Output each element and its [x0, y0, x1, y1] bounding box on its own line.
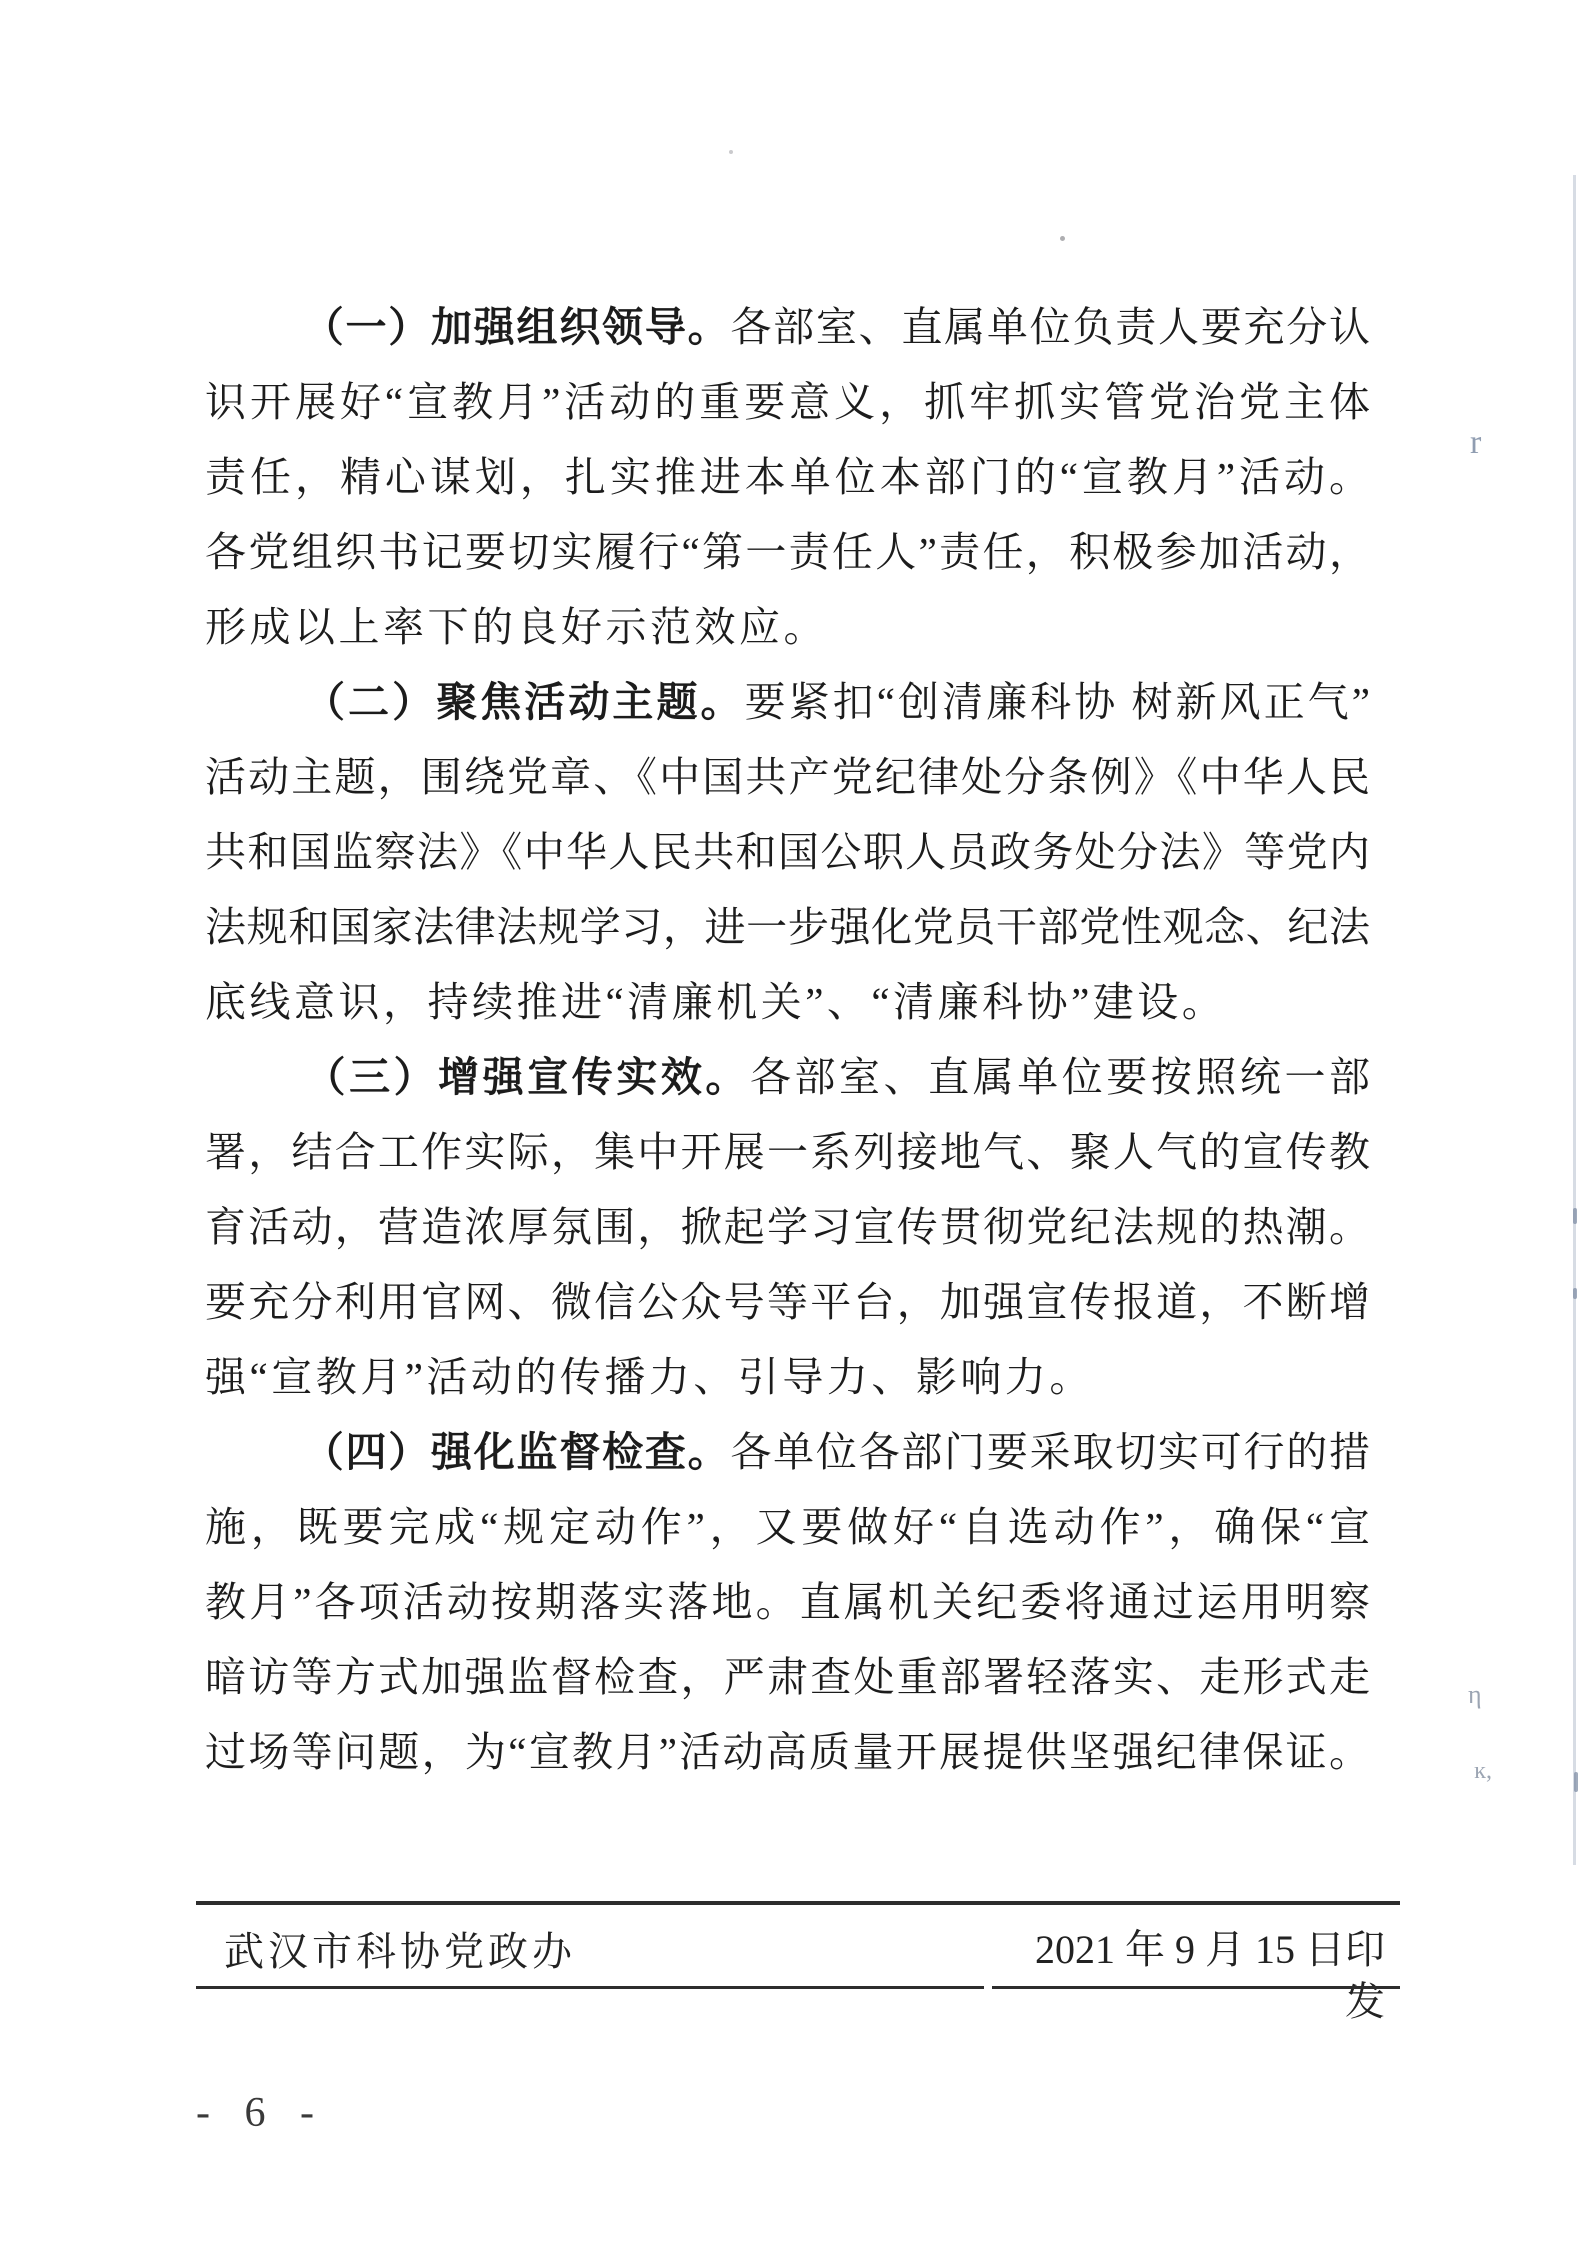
- paragraph-1-line-3-text: 责任，精心谋划，扎实推进本单位本部门的“宣教月”活动。: [205, 454, 1370, 500]
- paragraph-2-line-5-text: 底线意识，持续推进“清廉机关”、“清廉科协”建设。: [205, 979, 1226, 1025]
- paragraph-2-line-3-text: 共和国监察法》《中华人民共和国公职人员政务处分法》等党内: [205, 829, 1370, 875]
- paragraph-1-line-2: 识开展好“宣教月”活动的重要意义，抓牢抓实管党治党主体: [205, 365, 1370, 440]
- paragraph-4-line-5: 过场等问题，为“宣教月”活动高质量开展提供坚强纪律保证。: [205, 1715, 1370, 1790]
- paragraph-1-line-4-text: 各党组织书记要切实履行“第一责任人”责任，积极参加活动，: [205, 529, 1370, 575]
- paragraph-2-line-2-text: 活动主题，围绕党章、《中国共产党纪律处分条例》《中华人民: [205, 754, 1370, 800]
- paragraph-2-line-1: （二）聚焦活动主题。要紧扣“创清廉科协 树新风正气”: [205, 665, 1370, 740]
- scan-mark-k: ĸ,: [1474, 1758, 1492, 1785]
- paragraph-3-line-3: 育活动，营造浓厚氛围，掀起学习宣传贯彻党纪法规的热潮。: [205, 1190, 1370, 1265]
- paragraph-1-line-5-text: 形成以上率下的良好示范效应。: [205, 604, 828, 650]
- paragraph-3-line-1: （三）增强宣传实效。各部室、直属单位要按照统一部: [205, 1040, 1370, 1115]
- paragraph-3-line-3-text: 育活动，营造浓厚氛围，掀起学习宣传贯彻党纪法规的热潮。: [205, 1204, 1370, 1250]
- paragraph-4-line-3: 教月”各项活动按期落实落地。直属机关纪委将通过运用明察: [205, 1565, 1370, 1640]
- paragraph-2-line-1-text: 要紧扣“创清廉科协 树新风正气”: [745, 679, 1370, 725]
- paragraph-3-line-4-text: 要充分利用官网、微信公众号等平台，加强宣传报道，不断增: [205, 1279, 1370, 1325]
- paragraph-2-line-3: 共和国监察法》《中华人民共和国公职人员政务处分法》等党内: [205, 815, 1370, 890]
- scan-speck: [729, 150, 733, 154]
- paragraph-1-line-1-text: 各部室、直属单位负责人要充分认: [730, 304, 1370, 350]
- paragraph-2-line-4: 法规和国家法律法规学习，进一步强化党员干部党性观念、纪法: [205, 890, 1370, 965]
- paragraph-4-line-5-text: 过场等问题，为“宣教月”活动高质量开展提供坚强纪律保证。: [205, 1729, 1370, 1775]
- paragraph-2-line-4-text: 法规和国家法律法规学习，进一步强化党员干部党性观念、纪法: [205, 904, 1370, 950]
- paragraph-3-line-5-text: 强“宣教月”活动的传播力、引导力、影响力。: [205, 1354, 1094, 1400]
- paragraph-4-line-2-text: 施，既要完成“规定动作”，又要做好“自选动作”，确保“宣: [205, 1504, 1370, 1550]
- document-body: （一）加强组织领导。各部室、直属单位负责人要充分认 识开展好“宣教月”活动的重要…: [205, 290, 1370, 1790]
- footer-rule-top: [196, 1901, 1400, 1905]
- paragraph-4-line-4-text: 暗访等方式加强监督检查，严肃查处重部署轻落实、走形式走: [205, 1654, 1370, 1700]
- scan-mark-r: r: [1470, 424, 1481, 462]
- footer-rule-bottom: [196, 1986, 1400, 1989]
- footer-print-date: 2021 年 9 月 15 日印发: [1000, 1924, 1385, 2028]
- paragraph-2-heading: （二）聚焦活动主题。: [301, 679, 745, 725]
- paragraph-4-line-4: 暗访等方式加强监督检查，严肃查处重部署轻落实、走形式走: [205, 1640, 1370, 1715]
- paragraph-3-heading: （三）增强宣传实效。: [301, 1054, 750, 1100]
- footer-issuer: 武汉市科协党政办: [224, 1926, 576, 1978]
- paragraph-3-line-5: 强“宣教月”活动的传播力、引导力、影响力。: [205, 1340, 1370, 1415]
- scan-blob: [1573, 1288, 1577, 1299]
- paragraph-1-line-1: （一）加强组织领导。各部室、直属单位负责人要充分认: [205, 290, 1370, 365]
- first-line-indent: [205, 715, 301, 716]
- paragraph-2-line-2: 活动主题，围绕党章、《中国共产党纪律处分条例》《中华人民: [205, 740, 1370, 815]
- paragraph-4-line-1-text: 各单位各部门要采取切实可行的措: [730, 1429, 1370, 1475]
- paragraph-4-line-1: （四）强化监督检查。各单位各部门要采取切实可行的措: [205, 1415, 1370, 1490]
- first-line-indent: [205, 340, 301, 341]
- page-number: - 6 -: [196, 2090, 326, 2136]
- paragraph-1-line-4: 各党组织书记要切实履行“第一责任人”责任，积极参加活动，: [205, 515, 1370, 590]
- paragraph-1-line-2-text: 识开展好“宣教月”活动的重要意义，抓牢抓实管党治党主体: [205, 379, 1370, 425]
- paragraph-3-line-1-text: 各部室、直属单位要按照统一部: [750, 1054, 1370, 1100]
- paragraph-3-line-2-text: 署，结合工作实际，集中开展一系列接地气、聚人气的宣传教: [205, 1129, 1370, 1175]
- paragraph-3-line-4: 要充分利用官网、微信公众号等平台，加强宣传报道，不断增: [205, 1265, 1370, 1340]
- scan-blob: [1574, 1772, 1578, 1792]
- scan-blob: [1573, 1208, 1577, 1224]
- paragraph-1-line-5: 形成以上率下的良好示范效应。: [205, 590, 1370, 665]
- first-line-indent: [205, 1465, 301, 1466]
- paragraph-4-line-2: 施，既要完成“规定动作”，又要做好“自选动作”，确保“宣: [205, 1490, 1370, 1565]
- paragraph-1-line-3: 责任，精心谋划，扎实推进本单位本部门的“宣教月”活动。: [205, 440, 1370, 515]
- scan-speck: [1060, 236, 1065, 241]
- paragraph-4-line-3-text: 教月”各项活动按期落实落地。直属机关纪委将通过运用明察: [205, 1579, 1370, 1625]
- paragraph-1-heading: （一）加强组织领导。: [301, 304, 730, 350]
- scan-mark-eta: η: [1468, 1680, 1482, 1710]
- first-line-indent: [205, 1090, 301, 1091]
- document-page: （一）加强组织领导。各部室、直属单位负责人要充分认 识开展好“宣教月”活动的重要…: [0, 0, 1586, 2245]
- paragraph-4-heading: （四）强化监督检查。: [301, 1429, 730, 1475]
- paragraph-2-line-5: 底线意识，持续推进“清廉机关”、“清廉科协”建设。: [205, 965, 1370, 1040]
- scan-edge-line: [1573, 175, 1576, 1865]
- footer-rule-gap: [984, 1985, 992, 1991]
- paragraph-3-line-2: 署，结合工作实际，集中开展一系列接地气、聚人气的宣传教: [205, 1115, 1370, 1190]
